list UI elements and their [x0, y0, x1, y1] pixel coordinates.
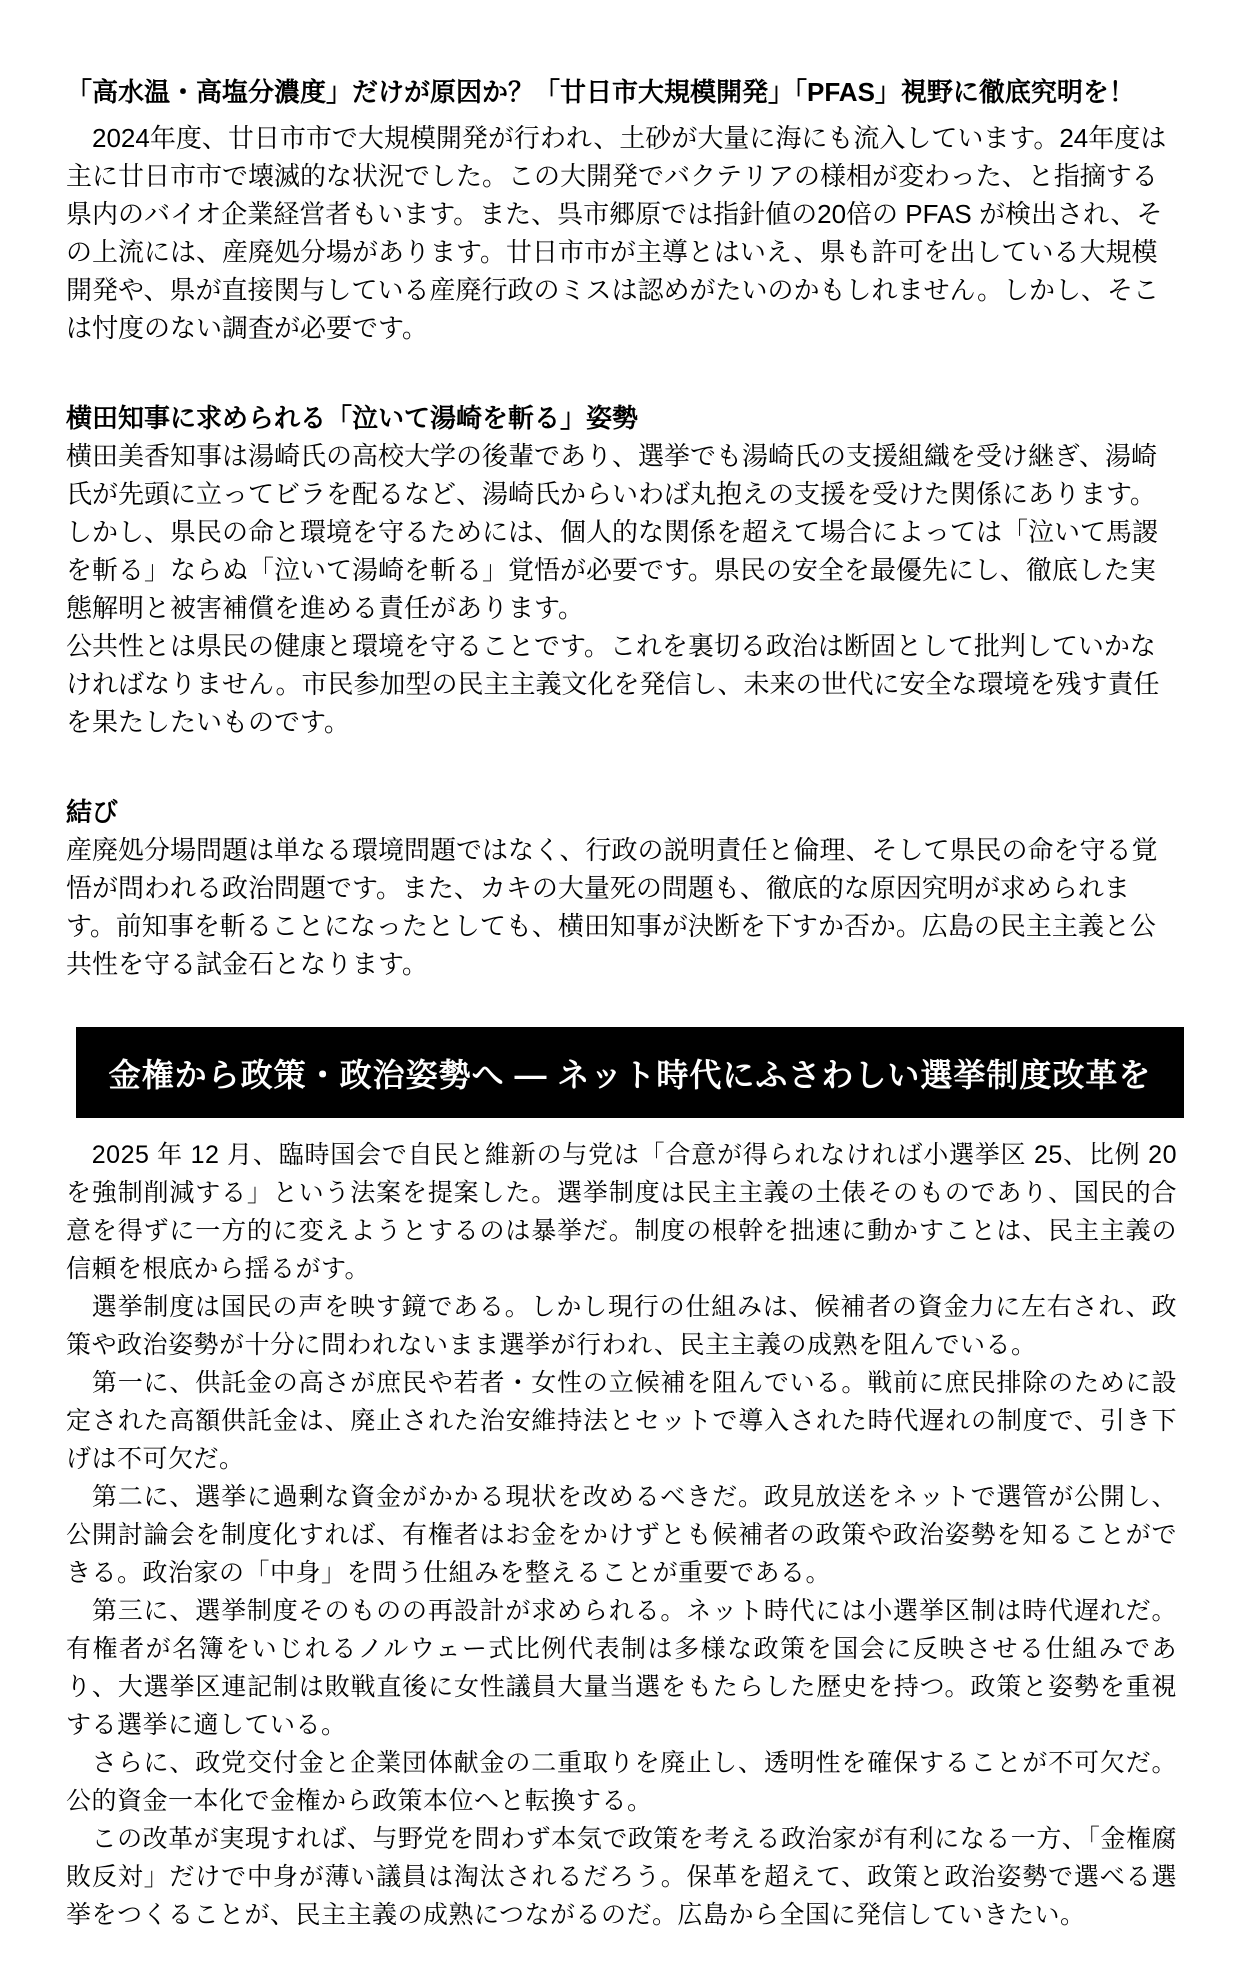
article1-intro-paragraph: 2024年度、廿日市市で大規模開発が行われ、土砂が大量に海にも流入しています。2… [66, 119, 1177, 347]
article1-section1-paragraph-2: しかし、県民の命と環境を守るためには、個人的な関係を超えて場合によっては「泣いて… [66, 513, 1177, 627]
article-oyster-pfas: 「高水温・高塩分濃度」だけが原因か？「廿日市大規模開発」「PFAS」視野に徹底究… [66, 73, 1177, 983]
article2-paragraph-1: 2025 年 12 月、臨時国会で自民と維新の与党は「合意が得られなければ小選挙… [66, 1136, 1177, 1288]
article2-paragraph-7: この改革が実現すれば、与野党を問わず本気で政策を考える政治家が有利になる一方、「… [66, 1820, 1177, 1934]
article2-paragraph-6: さらに、政党交付金と企業団体献金の二重取りを廃止し、透明性を確保することが不可欠… [66, 1744, 1177, 1820]
article2-paragraph-2: 選挙制度は国民の声を映す鏡である。しかし現行の仕組みは、候補者の資金力に左右され… [66, 1288, 1177, 1364]
article1-section2-heading: 結び [66, 793, 1177, 831]
article2-paragraph-5: 第三に、選挙制度そのものの再設計が求められる。ネット時代には小選挙区制は時代遅れ… [66, 1592, 1177, 1744]
article-election-reform: 2025 年 12 月、臨時国会で自民と維新の与党は「合意が得られなければ小選挙… [66, 1136, 1177, 1934]
section-title-banner: 金権から政策・政治姿勢へ ― ネット時代にふさわしい選挙制度改革を [76, 1027, 1184, 1118]
article1-section1-paragraph-1: 横田美香知事は湯崎氏の高校大学の後輩であり、選挙でも湯崎氏の支援組織を受け継ぎ、… [66, 437, 1177, 513]
article2-paragraph-4: 第二に、選挙に過剰な資金がかかる現状を改めるべきだ。政見放送をネットで選管が公開… [66, 1478, 1177, 1592]
document-page: 「高水温・高塩分濃度」だけが原因か？「廿日市大規模開発」「PFAS」視野に徹底究… [0, 0, 1241, 1974]
article1-section1-paragraph-3: 公共性とは県民の健康と環境を守ることです。これを裏切る政治は断固として批判してい… [66, 627, 1177, 741]
article1-section1-heading: 横田知事に求められる「泣いて湯崎を斬る」姿勢 [66, 399, 1177, 437]
banner-title: 金権から政策・政治姿勢へ ― ネット時代にふさわしい選挙制度改革を [109, 1050, 1152, 1096]
article1-heading: 「高水温・高塩分濃度」だけが原因か？「廿日市大規模開発」「PFAS」視野に徹底究… [66, 73, 1177, 111]
article1-section2-paragraph-1: 産廃処分場問題は単なる環境問題ではなく、行政の説明責任と倫理、そして県民の命を守… [66, 831, 1177, 983]
article2-paragraph-3: 第一に、供託金の高さが庶民や若者・女性の立候補を阻んでいる。戦前に庶民排除のため… [66, 1364, 1177, 1478]
